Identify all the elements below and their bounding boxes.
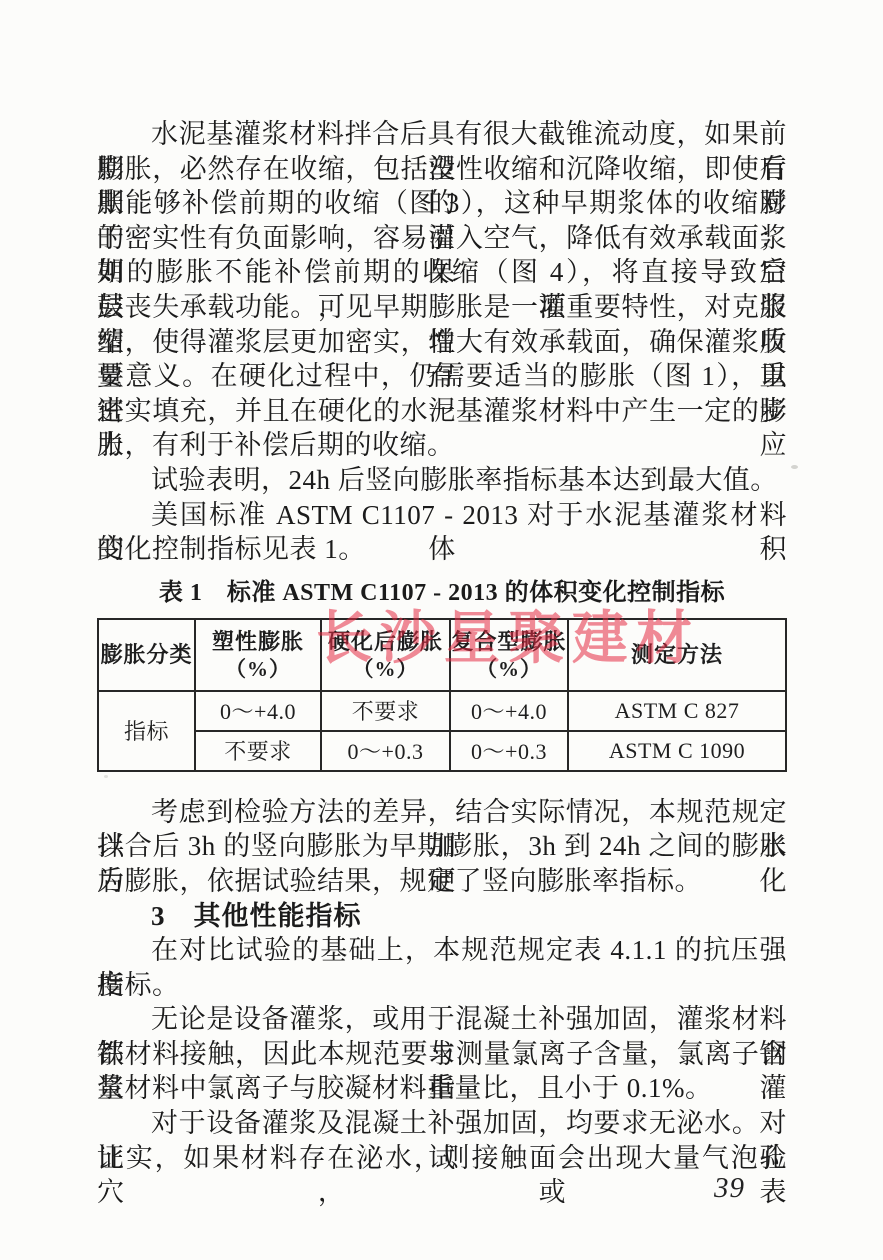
body-text-lower: 考虑到检验方法的差异，结合实际情况，本规范规定以加水拌合后 3h 的竖向膨胀为早…: [97, 795, 787, 1176]
paragraph-line: 拌合后 3h 的竖向膨胀为早期膨胀，3h 到 24h 之间的膨胀为硬化: [97, 829, 787, 864]
scan-speckle: [104, 775, 108, 778]
paragraph-line: 美国标准 ASTM C1107 - 2013 对于水泥基灌浆材料的体积: [97, 498, 787, 533]
paragraph-line: 试验表明，24h 后竖向膨胀率指标基本达到最大值。: [97, 463, 787, 498]
paragraph-line: 胀能够补偿前期的收缩（图 3），这种早期浆体的收缩对于灌浆: [97, 186, 787, 221]
paragraph-line: 证实，如果材料存在泌水，则接触面会出现大量气泡孔穴，或表: [97, 1141, 787, 1176]
paragraph-line: 期的膨胀不能补偿前期的收缩（图 4），将直接导致空鼓，灌浆: [97, 255, 787, 290]
page-number: 39: [714, 1172, 745, 1205]
table-row: 指标 0～+4.0 不要求 0～+4.0 ASTM C 827: [98, 691, 786, 731]
paragraph-line: 层丧失承载功能。可见早期膨胀是一项重要特性，对克服塑性收: [97, 290, 787, 325]
header-cell-expansion-class: 膨胀分类: [98, 619, 195, 691]
value-cell: 不要求: [321, 691, 450, 731]
paragraph-line: 对于设备灌浆及混凝土补强加固，均要求无泌水。对比试验: [97, 1106, 787, 1141]
header-cell-plastic-expansion: 塑性膨胀 （%）: [195, 619, 321, 691]
paragraph-line: 指标。: [97, 968, 787, 1003]
value-cell: 不要求: [195, 731, 321, 771]
paragraph-line: 密实填充，并且在硬化的水泥基灌浆材料中产生一定的膨胀应: [97, 394, 787, 429]
row-label-indicator: 指标: [98, 691, 195, 771]
section-heading: 3 其他性能指标: [97, 899, 787, 934]
value-cell: 0～+4.0: [195, 691, 321, 731]
value-cell: ASTM C 1090: [568, 731, 786, 771]
paragraph-line: 膨胀，必然存在收缩，包括塑性收缩和沉降收缩，即使后期的膨: [97, 152, 787, 187]
paragraph-line: 浆材料中氯离子与胶凝材料重量比，且小于 0.1%。: [97, 1071, 787, 1106]
body-text-upper: 水泥基灌浆材料拌合后具有很大截锥流动度，如果前期没有膨胀，必然存在收缩，包括塑性…: [97, 117, 787, 567]
paragraph-line: 缩，使得灌浆层更加密实，增大有效承载面，确保灌浆质量有重: [97, 325, 787, 360]
paragraph-line: 后膨胀，依据试验结果，规定了竖向膨胀率指标。: [97, 864, 787, 899]
paragraph-line: 要意义。在硬化过程中，仍需要适当的膨胀（图 1），以进一步: [97, 359, 787, 394]
paragraph-line: 无论是设备灌浆，或用于混凝土补强加固，灌浆材料都与钢: [97, 1002, 787, 1037]
value-cell: 0～+4.0: [450, 691, 568, 731]
paragraph-line: 铁材料接触，因此本规范要求测量氯离子含量，氯离子含量指灌: [97, 1037, 787, 1072]
table-row: 不要求 0～+0.3 0～+0.3 ASTM C 1090: [98, 731, 786, 771]
paragraph-line: 水泥基灌浆材料拌合后具有很大截锥流动度，如果前期没有: [97, 117, 787, 152]
paragraph-line: 在对比试验的基础上，本规范规定表 4.1.1 的抗压强度: [97, 933, 787, 968]
paragraph-line: 考虑到检验方法的差异，结合实际情况，本规范规定以加水: [97, 795, 787, 830]
document-page: 长沙星聚建材 水泥基灌浆材料拌合后具有很大截锥流动度，如果前期没有膨胀，必然存在…: [0, 0, 883, 1260]
value-cell: ASTM C 827: [568, 691, 786, 731]
scan-speckle: [791, 465, 798, 469]
value-cell: 0～+0.3: [321, 731, 450, 771]
value-cell: 0～+0.3: [450, 731, 568, 771]
watermark-overlay: 长沙星聚建材: [316, 593, 700, 675]
paragraph-line: 的密实性有负面影响，容易引入空气，降低有效承载面；如果后: [97, 221, 787, 256]
